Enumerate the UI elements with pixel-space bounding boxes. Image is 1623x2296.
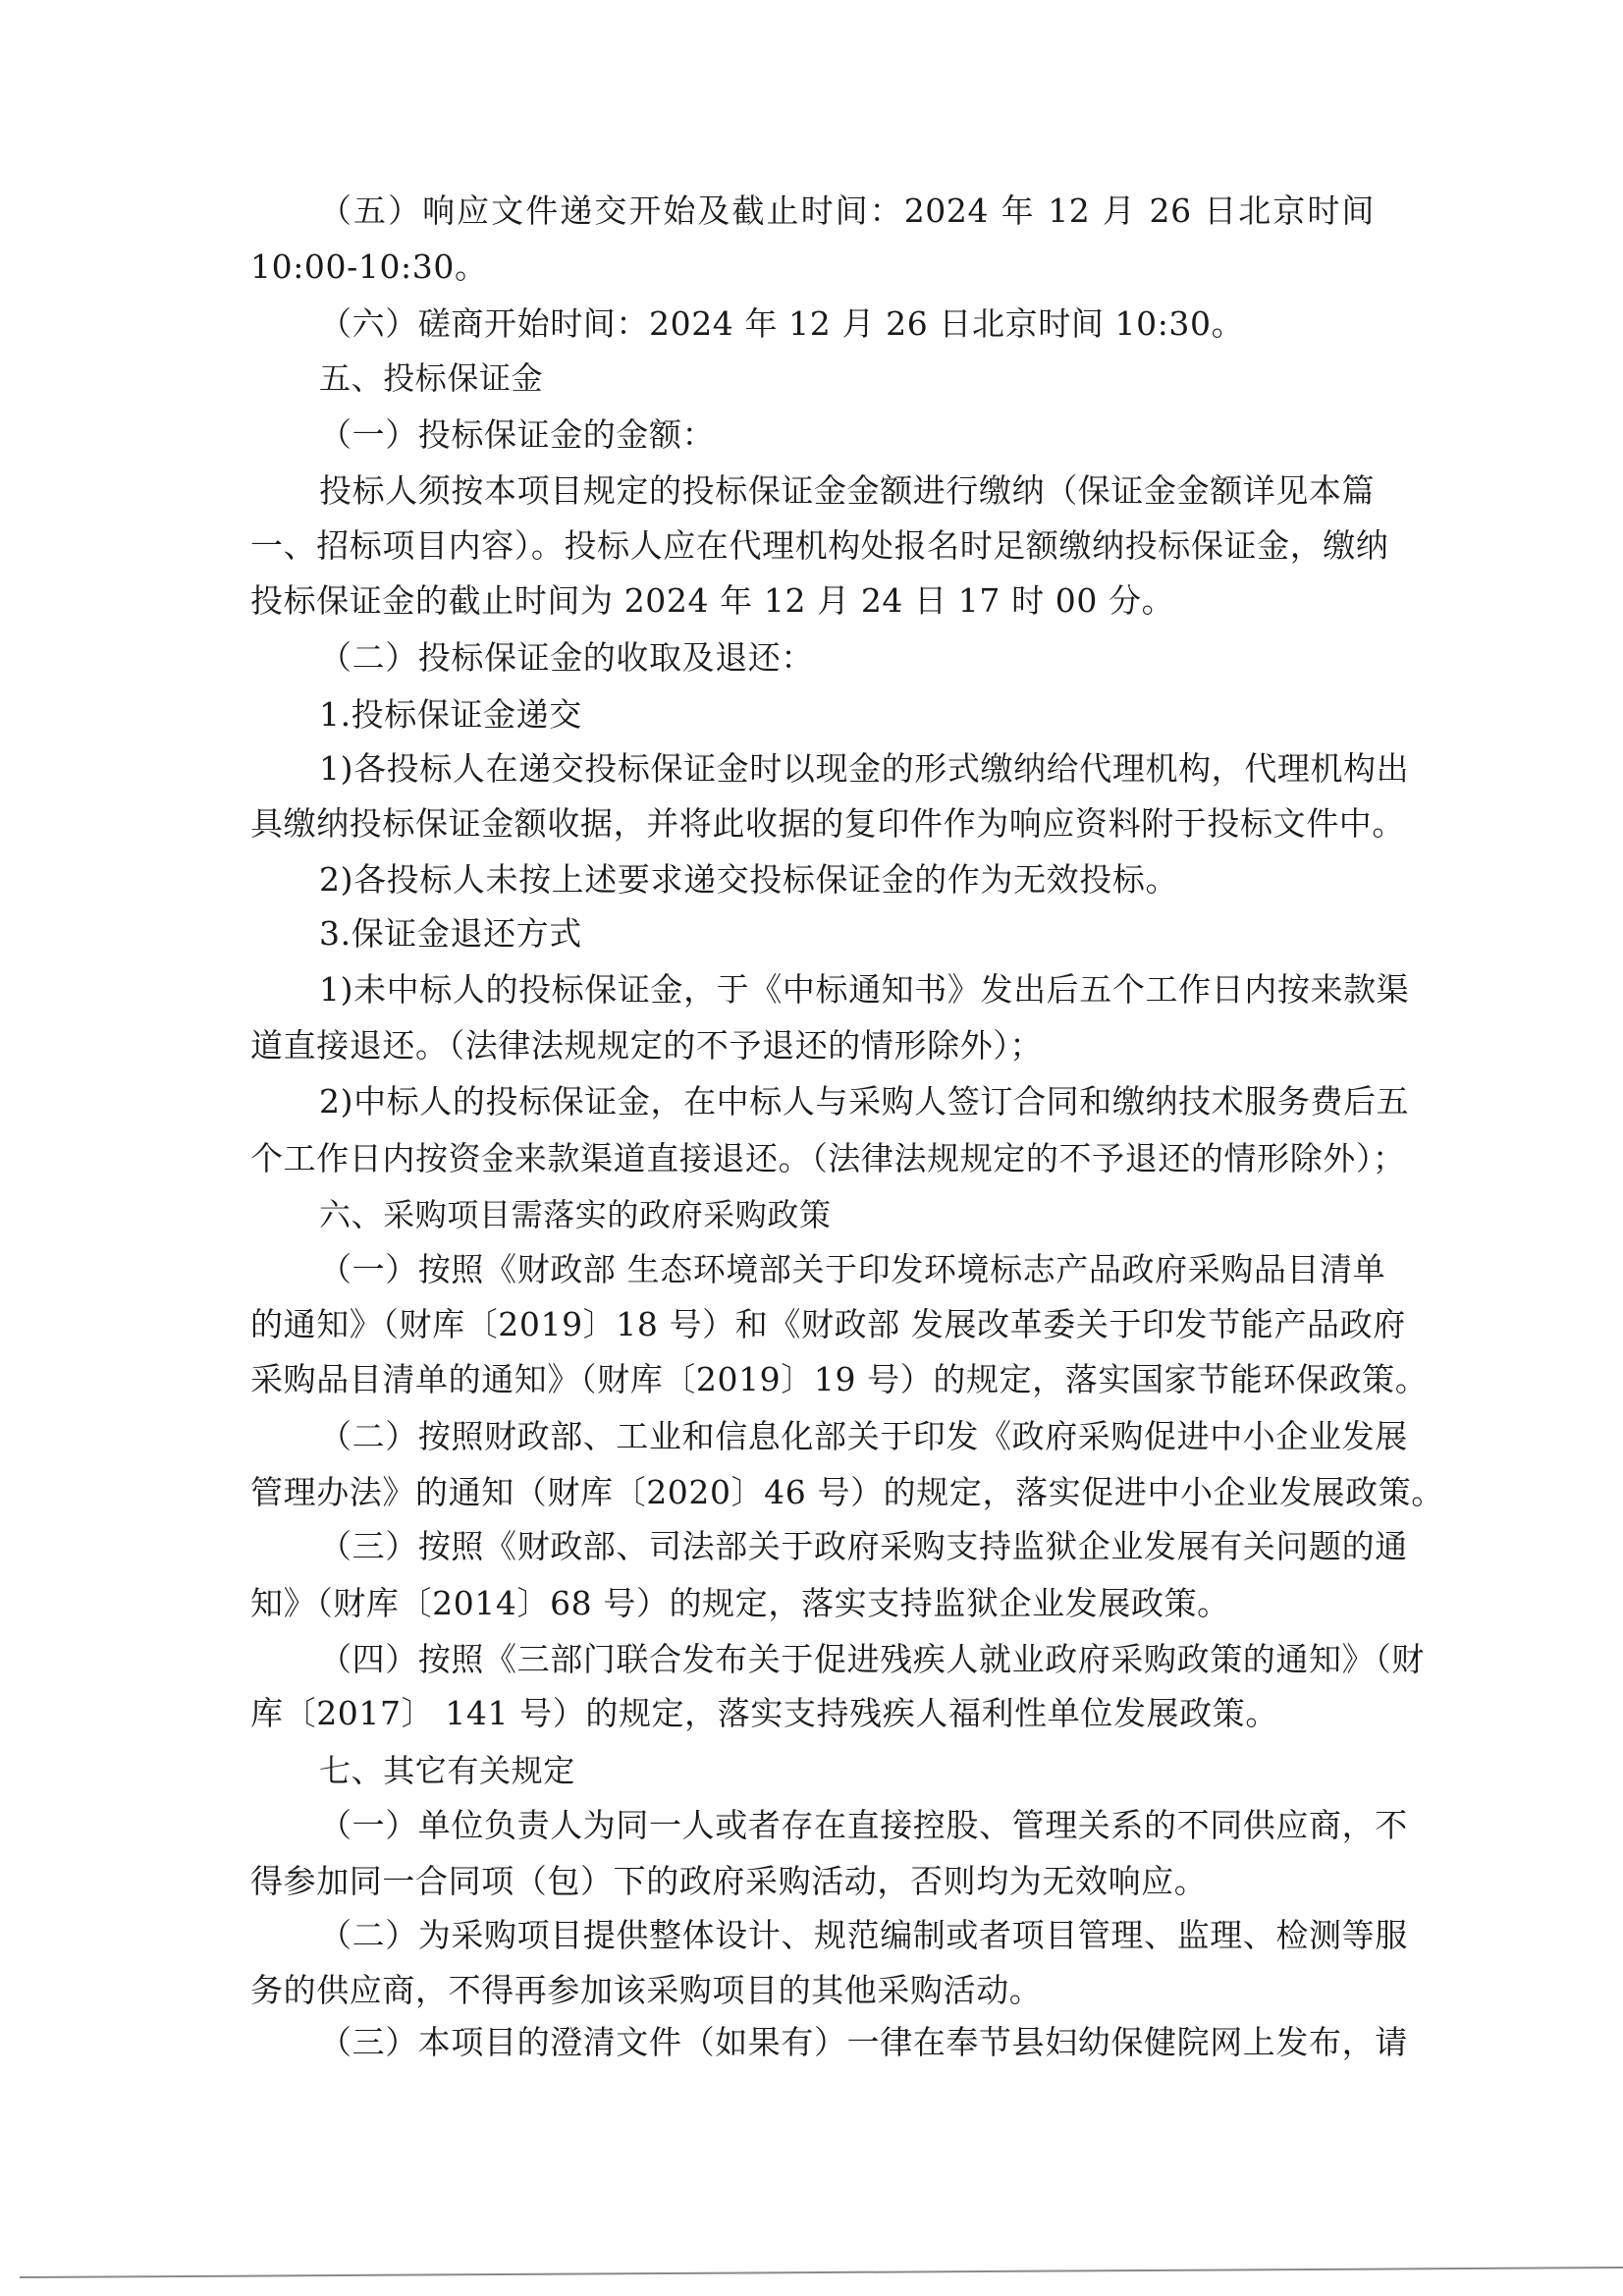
paragraph-line: 投标人须按本项目规定的投标保证金金额进行缴纳（保证金金额详见本篇 — [319, 464, 1375, 519]
paragraph-line: （三）按照《财政部、司法部关于政府采购支持监狱企业发展有关问题的通 — [319, 1519, 1375, 1574]
paragraph-line: 管理办法》的通知（财库〔2020〕46 号）的规定，落实促进中小企业发展政策。 — [250, 1465, 1375, 1520]
paragraph-line: 得参加同一合同项（包）下的政府采购活动，否则均为无效响应。 — [250, 1854, 1375, 1909]
paragraph-line: 知》（财库〔2014〕68 号）的规定，落实支持监狱企业发展政策。 — [250, 1576, 1375, 1631]
paragraph-line: 1)各投标人在递交投标保证金时以现金的形式缴纳给代理机构，代理机构出 — [319, 741, 1375, 796]
paragraph-line: 具缴纳投标保证金额收据，并将此收据的复印件作为响应资料附于投标文件中。 — [250, 796, 1375, 851]
paragraph-line: 个工作日内按资金来款渠道直接退还。（法律法规规定的不予退还的情形除外）； — [250, 1131, 1375, 1186]
paragraph-line: 1.投标保证金递交 — [319, 687, 1375, 742]
document-page: （五）响应文件递交开始及截止时间：2024 年 12 月 26 日北京时间10:… — [0, 0, 1623, 2296]
paragraph-line: 1)未中标人的投标保证金，于《中标通知书》发出后五个工作日内按来款渠 — [319, 962, 1375, 1017]
paragraph-line: （一）按照《财政部 生态环境部关于印发环境标志产品政府采购品目清单 — [319, 1242, 1375, 1297]
section-heading: 七、其它有关规定 — [319, 1743, 1443, 1798]
paragraph-line: 10:00-10:30。 — [250, 240, 1375, 295]
paragraph-line: 道直接退还。（法律法规规定的不予退还的情形除外）； — [250, 1018, 1375, 1073]
paragraph-line: 2)各投标人未按上述要求递交投标保证金的作为无效投标。 — [319, 852, 1375, 907]
paragraph-line: （二）按照财政部、工业和信息化部关于印发《政府采购促进中小企业发展 — [319, 1409, 1375, 1464]
paragraph-line: 投标保证金的截止时间为 2024 年 12 月 24 日 17 时 00 分。 — [250, 574, 1375, 629]
paragraph-line: （一）投标保证金的金额： — [319, 408, 1375, 463]
paragraph-line: 采购品目清单的通知》（财库〔2019〕19 号）的规定，落实国家节能环保政策。 — [250, 1352, 1375, 1407]
paragraph-line: （四）按照《三部门联合发布关于促进残疾人就业政府采购政策的通知》（财 — [319, 1632, 1375, 1687]
paragraph-line: 2)中标人的投标保证金，在中标人与采购人签订合同和缴纳技术服务费后五 — [319, 1074, 1375, 1129]
paragraph-line: 库〔2017〕 141 号）的规定，落实支持残疾人福利性单位发展政策。 — [250, 1686, 1375, 1741]
paragraph-line: （二）投标保证金的收取及退还： — [319, 630, 1375, 685]
paragraph-line: （三）本项目的澄清文件（如果有）一律在奉节县妇幼保健院网上发布，请 — [319, 2015, 1375, 2070]
paragraph-line: （六）磋商开始时间：2024 年 12 月 26 日北京时间 10:30。 — [319, 297, 1375, 352]
paragraph-line: 的通知》（财库〔2019〕18 号）和《财政部 发展改革委关于印发节能产品政府 — [250, 1297, 1375, 1352]
paragraph-line: （二）为采购项目提供整体设计、规范编制或者项目管理、监理、检测等服 — [319, 1908, 1375, 1963]
paragraph-line: 一、招标项目内容）。投标人应在代理机构处报名时足额缴纳投标保证金，缴纳 — [250, 519, 1375, 574]
paragraph-line: 务的供应商，不得再参加该采购项目的其他采购活动。 — [250, 1963, 1375, 2018]
section-heading: 五、投标保证金 — [319, 351, 1443, 406]
section-heading: 六、采购项目需落实的政府采购政策 — [319, 1187, 1443, 1242]
paragraph-line: （五）响应文件递交开始及截止时间：2024 年 12 月 26 日北京时间 — [319, 184, 1375, 239]
scan-edge-line — [20, 2267, 1623, 2278]
paragraph-line: 3.保证金退还方式 — [319, 906, 1375, 961]
paragraph-line: （一）单位负责人为同一人或者存在直接控股、管理关系的不同供应商，不 — [319, 1798, 1375, 1853]
